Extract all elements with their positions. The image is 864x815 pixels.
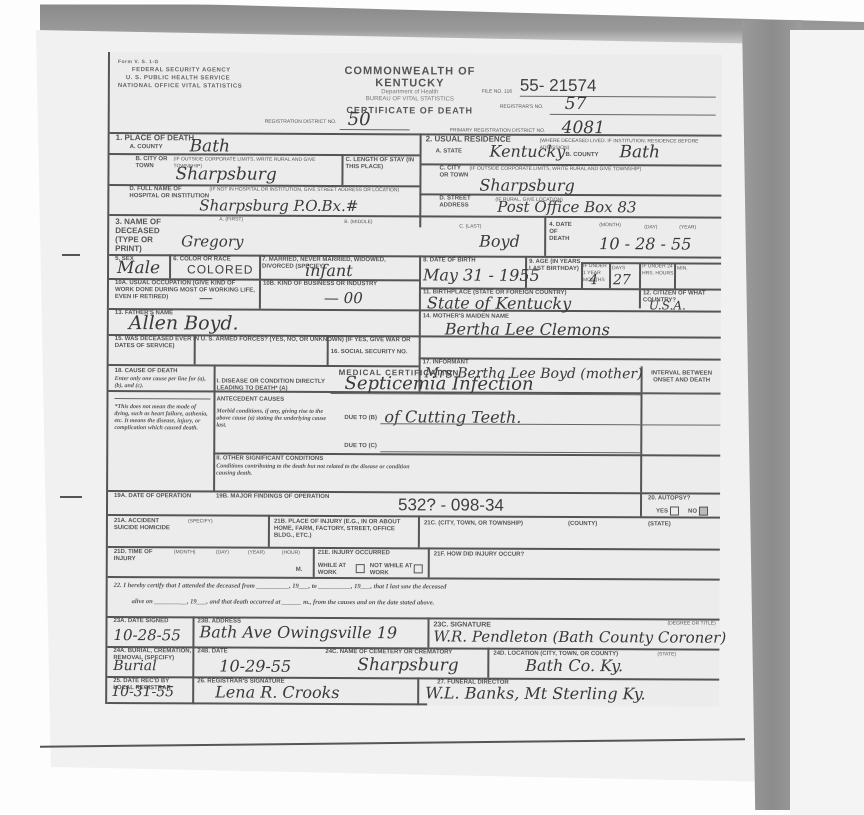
burial-type: Burial [113,658,156,674]
reg-district-label: Registration District No. [265,119,337,126]
injury-occurred-label: 21e. INJURY OCCURRED [318,550,390,557]
residence-county-label: b. COUNTY [566,152,599,159]
rule [640,366,642,492]
bureau-line: BUREAU OF VITAL STATISTICS [310,96,510,104]
not-at-work-label: NOT WHILE AT WORK [370,563,413,576]
hospital-note: (If not in hospital or institution, give… [209,186,414,194]
date-of-birth: May 31 - 1955 [423,265,540,285]
time-month-label: (Month) [174,549,196,556]
age-months: 4 [589,272,598,288]
autopsy-yes-checkbox[interactable] [670,506,679,515]
autopsy-label: 20. AUTOPSY? [648,495,690,502]
rule [427,617,429,647]
first-name-label: a. (First) [219,216,243,223]
date-signed: 10-28-55 [113,626,180,644]
cause-footnote: *This does not mean the mode of dying, s… [114,404,210,432]
time-year-label: (Year) [248,550,265,557]
part1-label: I. DISEASE OR CONDITION DIRECTLY LEADING… [217,378,327,392]
degree-label: (Degree or title) [667,620,715,627]
date-of-death-label: 4. DATE OF DEATH [549,222,579,243]
interval-label: INTERVAL BETWEEN ONSET AND DEATH [647,370,717,384]
other-conditions-note: Conditions contributing to the death but… [216,463,416,478]
margin-mark [62,254,80,256]
specify-label: (Specify) [188,518,213,525]
burial-date: 10-29-55 [219,656,291,675]
rule [640,492,642,516]
last-name-label: c. (Last) [459,224,481,231]
death-city: Sharpsburg [175,164,276,184]
death-certificate: Form V. S. 1-G FEDERAL SECURITY AGENCY U… [105,52,722,707]
cause-label: 18. CAUSE OF DEATH [115,368,178,375]
ssn-label: 16. SOCIAL SECURITY NO. [331,349,416,356]
mother-name: Bertha Lee Clemons [445,319,610,339]
margin-mark [60,496,82,498]
business-label: 10b. KIND OF BUSINESS OR INDUSTRY [263,281,413,289]
agency-header: Form V. S. 1-G FEDERAL SECURITY AGENCY U… [118,58,242,91]
while-at-work[interactable]: WHILE AT WORK [318,563,358,577]
registrar-number: 57 [565,94,587,114]
due-to-b-label: DUE TO (b) [344,415,377,422]
father-name: Allen Boyd. [129,312,239,334]
underline [550,114,716,116]
not-at-work-checkbox[interactable] [414,564,423,573]
reg-district: 50 [348,109,371,130]
middle-name-label: b. (Middle) [344,219,372,226]
file-number: 55- 21574 [520,76,597,96]
rule [313,547,315,577]
accident-label: 21a. ACCIDENT SUICIDE HOMICIDE [114,518,184,532]
date-of-death: 10 - 28 - 55 [599,234,691,253]
day-label: (Day) [644,224,657,231]
rule [192,616,194,704]
while-at-work-label: WHILE AT WORK [318,563,346,576]
burial-location: Bath Co. Ky. [525,656,623,675]
rule [674,262,676,288]
not-at-work[interactable]: NOT WHILE AT WORK [370,563,416,577]
residence-city-label: c. CITY OR TOWN [439,165,469,179]
certify-line1: 22. I hereby certify that I attended the… [114,582,714,592]
cemetery: Sharpsburg [357,655,458,675]
citizenship: U.S.A. [649,298,686,312]
antecedent-label: ANTECEDENT CAUSES [216,396,284,403]
length-of-stay-label: c. LENGTH OF STAY (in this place) [345,157,417,171]
time-hour-label: (Hour) [282,550,300,557]
occupation: — [199,290,213,306]
rule [609,262,611,288]
occupation-label: 10a. USUAL OCCUPATION (Give kind of work… [115,280,255,302]
injury-city-label: 21c. (CITY, TOWN, OR TOWNSHIP) [424,520,523,527]
document-title: COMMONWEALTH OF KENTUCKY [310,65,510,90]
underline [340,129,410,130]
time-day-label: (Day) [216,549,229,556]
registrar-no-label: REGISTRAR'S NO. [500,104,544,111]
underline [640,424,720,425]
certify-line2: alive on __________, 19___, and that dea… [132,598,712,608]
injury-county-label: (COUNTY) [568,521,597,528]
rule [213,364,215,490]
rule [417,677,419,705]
autopsy-no-label: NO [688,509,697,515]
rule [268,515,270,547]
injury-state-label: (STATE) [648,521,671,528]
how-injury-label: 21f. HOW DID INJURY OCCUR? [434,551,524,558]
marital-status: infant [305,261,353,280]
due-to-c-label: DUE TO (c) [344,443,377,450]
while-at-work-checkbox[interactable] [356,564,365,573]
time-m: m. [296,567,303,574]
business: — 00 [324,289,363,307]
time-of-injury-label: 21d. TIME OF INJURY [114,549,154,563]
rule [639,262,641,288]
rule [418,515,420,547]
rec-date: 10-31-55 [111,684,174,700]
residence-county: Bath [620,142,661,162]
place-of-death-label: 1. PLACE OF DEATH [116,134,195,141]
residence-city: Sharpsburg [479,176,574,195]
residence-city-note: (If outside corporate limits, write RURA… [469,166,669,174]
registrar-signature[interactable]: Lena R. Crooks [215,682,339,702]
underline [520,96,716,98]
rule [428,547,430,577]
age-days-label: Days [612,265,625,272]
hospital-name: Sharpsburg P.O.Bx.# [199,196,358,215]
antecedent-note: Morbid conditions, if any, giving rise t… [216,408,336,430]
year-label: (Year) [679,224,696,231]
county-label: a. COUNTY [130,144,163,151]
autopsy-yes-label: YES [656,508,668,514]
city-label: b. CITY OR TOWN [135,156,175,170]
certifier-address: Bath Ave Owingsville 19 [199,622,397,642]
age-hours-label: If Under 24 Hrs. Hours [642,263,674,277]
rule [419,133,421,227]
cause-a: Septicemia Infection [345,373,534,395]
month-label: (Month) [599,222,621,229]
street-label: d. STREET ADDRESS [439,195,479,209]
rule [108,546,720,550]
rule [341,154,343,185]
rule [259,255,261,279]
rule [109,364,419,367]
date-signed-label: 23a. DATE SIGNED [113,618,168,625]
rule [544,216,546,256]
last-name: Boyd [479,232,520,251]
agency-line: NATIONAL OFFICE VITAL STATISTICS [118,82,242,91]
op-findings: 532? - 098-34 [398,495,504,515]
age-min-label: Min. [677,265,688,272]
name-label: 3. NAME OF DECEASED (Type or Print) [115,217,177,253]
autopsy-no[interactable]: NO [688,507,708,516]
underline [114,398,210,399]
hospital-label: d. FULL NAME OF HOSPITAL OR INSTITUTION [129,186,209,200]
funeral-director: W.L. Banks, Mt Sterling Ky. [425,683,646,703]
certifier-signature[interactable]: W.R. Pendleton (Bath County Coroner) [433,627,726,646]
rule [169,254,171,278]
age-days: 27 [613,272,631,288]
op-findings-label: 19b. MAJOR FINDINGS OF OPERATION [216,493,329,500]
autopsy-no-checkbox[interactable] [699,507,708,516]
burial-date-label: 24b. DATE [197,648,227,655]
residence-street: Post Office Box 83 [497,198,636,217]
file-no-label: FILE NO. 116 [482,89,512,96]
adjacent-page [790,30,864,815]
residence-state: Kentucky [490,142,566,161]
state-label: a. STATE [436,148,462,155]
certificate-title: CERTIFICATE OF DEATH [310,105,510,116]
birthplace: State of Kentucky [427,293,571,313]
underline [331,393,641,395]
rule [259,279,261,309]
place-of-injury-label: 21b. PLACE OF INJURY (e.g., in or about … [274,519,414,541]
age-label: 9. AGE (In years last birthday) [529,259,584,273]
title-block: COMMONWEALTH OF KENTUCKY Department of H… [310,65,510,116]
autopsy-yes[interactable]: YES [656,506,679,515]
other-conditions-label: II. OTHER SIGNIFICANT CONDITIONS [216,455,323,462]
location-state-label: (State) [657,651,676,658]
rule [639,288,641,308]
death-county: Bath [190,136,231,156]
op-date-label: 19a. DATE OF OPERATION [114,493,209,500]
sex-value: Male [117,258,160,278]
first-name: Gregory [181,232,243,250]
dob-label: 8. DATE OF BIRTH [423,257,476,264]
rule [487,648,489,678]
cause-note: Enter only one cause per line for (a), (… [115,376,211,390]
color-value: COLORED [187,262,253,276]
